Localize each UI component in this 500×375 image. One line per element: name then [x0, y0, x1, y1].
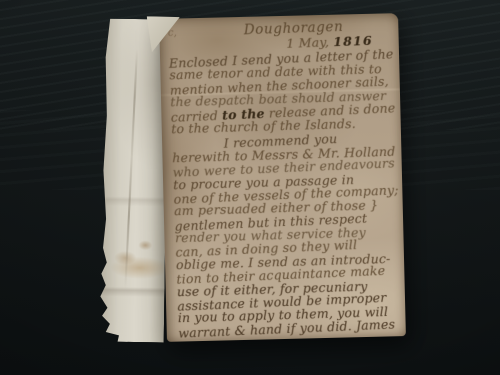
paper-crease — [124, 49, 138, 289]
folded-under-blank-page — [98, 19, 169, 343]
letter-handwriting: c, Doughoragen 1 May, 1816 Enclosed I se… — [168, 18, 401, 337]
photo-backdrop: c, Doughoragen 1 May, 1816 Enclosed I se… — [0, 0, 500, 375]
letter-page: c, Doughoragen 1 May, 1816 Enclosed I se… — [159, 13, 406, 342]
